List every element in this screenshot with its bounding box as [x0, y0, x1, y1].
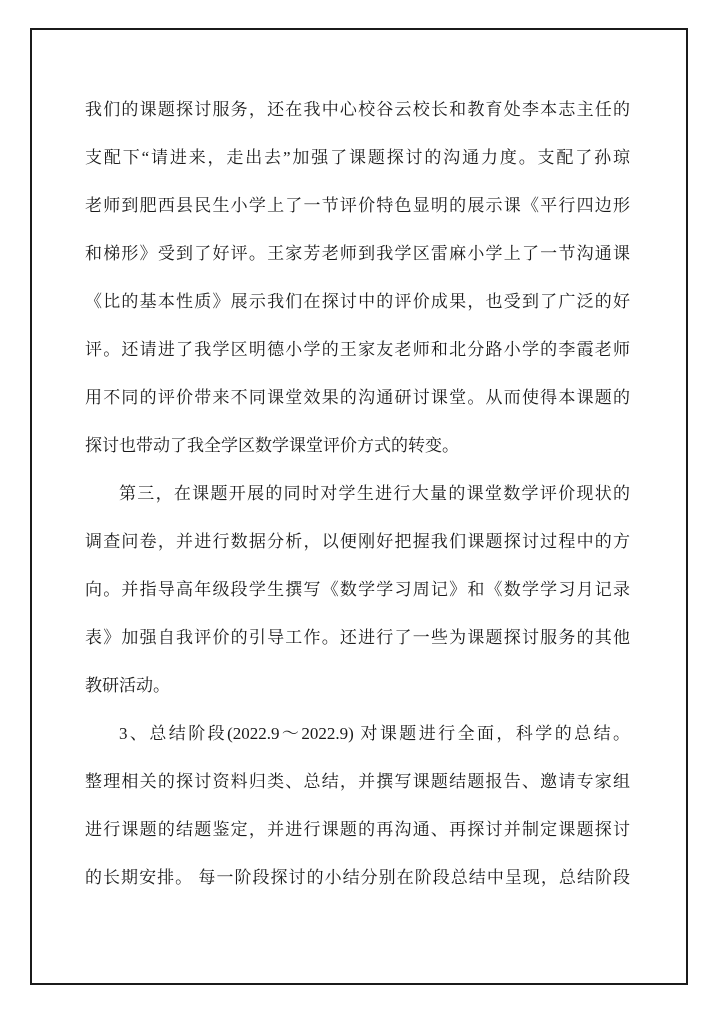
paragraph: 第三，在课题开展的同时对学生进行大量的课堂数学评价现状的调查问卷，并进行数据分析… — [85, 470, 630, 710]
text-line: 表》加强自我评价的引导工作。还进行了一些为课题探讨服务的其他 — [85, 614, 630, 662]
text-line: 向。并指导高年级段学生撰写《数学学习周记》和《数学学习月记录 — [85, 566, 630, 614]
text-line: 我们的课题探讨服务，还在我中心校谷云校长和教育处李本志主任的 — [85, 86, 630, 134]
text-line: 第三，在课题开展的同时对学生进行大量的课堂数学评价现状的 — [85, 470, 630, 518]
text-line: 老师到肥西县民生小学上了一节评价特色显明的展示课《平行四边形 — [85, 182, 630, 230]
text-line: 整理相关的探讨资料归类、总结，并撰写课题结题报告、邀请专家组 — [85, 758, 630, 806]
paragraph: 3、总结阶段(2022.9～2022.9) 对课题进行全面，科学的总结。整理相关… — [85, 710, 630, 902]
text-line: 用不同的评价带来不同课堂效果的沟通研讨课堂。从而使得本课题的 — [85, 374, 630, 422]
text-line: 3、总结阶段(2022.9～2022.9) 对课题进行全面，科学的总结。 — [85, 710, 630, 758]
text-line: 和梯形》受到了好评。王家芳老师到我学区雷麻小学上了一节沟通课 — [85, 230, 630, 278]
document-body: 我们的课题探讨服务，还在我中心校谷云校长和教育处李本志主任的支配下“请进来，走出… — [85, 86, 630, 902]
text-line: 调查问卷，并进行数据分析，以便刚好把握我们课题探讨过程中的方 — [85, 518, 630, 566]
paragraph: 我们的课题探讨服务，还在我中心校谷云校长和教育处李本志主任的支配下“请进来，走出… — [85, 86, 630, 470]
text-line: 《比的基本性质》展示我们在探讨中的评价成果，也受到了广泛的好 — [85, 278, 630, 326]
text-line: 探讨也带动了我全学区数学课堂评价方式的转变。 — [85, 422, 630, 470]
text-line: 支配下“请进来，走出去”加强了课题探讨的沟通力度。支配了孙琼 — [85, 134, 630, 182]
text-line: 评。还请进了我学区明德小学的王家友老师和北分路小学的李霞老师 — [85, 326, 630, 374]
document-page: 我们的课题探讨服务，还在我中心校谷云校长和教育处李本志主任的支配下“请进来，走出… — [0, 0, 720, 1017]
text-line: 的长期安排。 每一阶段探讨的小结分别在阶段总结中呈现，总结阶段 — [85, 854, 630, 902]
text-line: 教研活动。 — [85, 662, 630, 710]
text-line: 进行课题的结题鉴定，并进行课题的再沟通、再探讨并制定课题探讨 — [85, 806, 630, 854]
